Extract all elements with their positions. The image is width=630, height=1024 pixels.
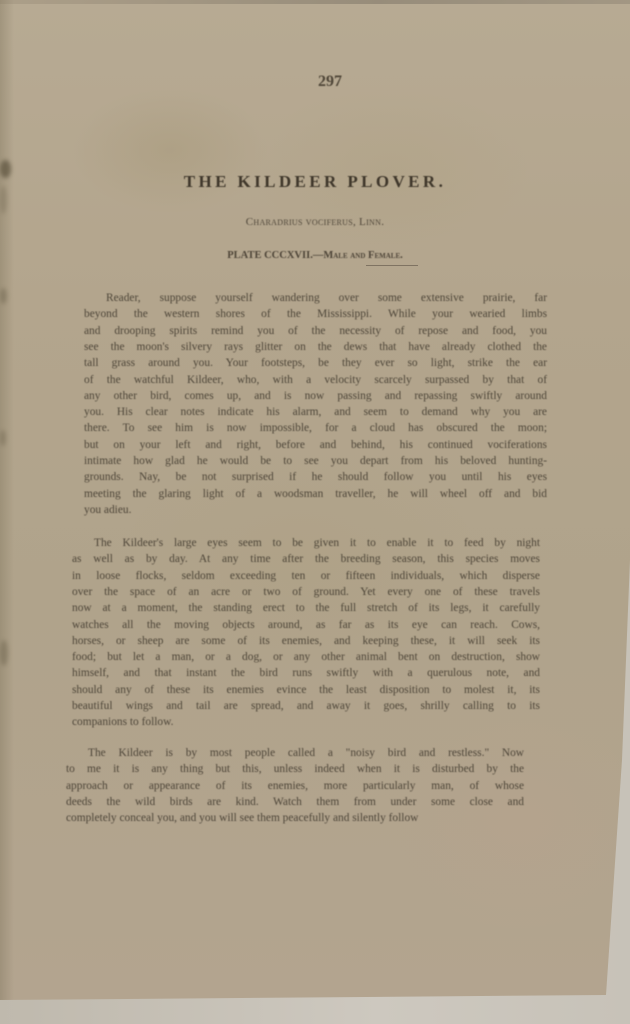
page-number: 297 bbox=[0, 73, 630, 91]
body-line: watches all the moving objects around, a… bbox=[72, 617, 540, 633]
body-line: should any of these its enemies evince t… bbox=[72, 682, 540, 698]
plate-caption: PLATE CCCXVII.—Male and Female. bbox=[0, 250, 630, 261]
body-line: meeting the glaring light of a woodsman … bbox=[84, 486, 547, 502]
body-line: food; but let a man, or a dog, or any ot… bbox=[72, 649, 540, 665]
body-line: The Kildeer is by most people called a "… bbox=[88, 745, 524, 761]
body-line: grounds. Nay, be not surprised if he sho… bbox=[84, 469, 547, 485]
page-top-edge bbox=[0, 0, 630, 4]
body-line: you adieu. bbox=[84, 502, 547, 518]
body-line: approach or appearance of its enemies, m… bbox=[66, 778, 524, 794]
body-line: but on your left and right, before and b… bbox=[84, 437, 547, 453]
body-line: there. To see him is now impossible, for… bbox=[84, 420, 547, 436]
plate-caption-underline bbox=[366, 265, 418, 266]
body-line: completely conceal you, and you will see… bbox=[66, 810, 524, 826]
body-line: beyond the western shores of the Mississ… bbox=[84, 306, 547, 322]
body-line: any other bird, comes up, and is now pas… bbox=[84, 388, 547, 404]
body-line: deeds the wild birds are kind. Watch the… bbox=[66, 794, 524, 810]
body-line: himself, and that instant the bird runs … bbox=[72, 665, 540, 681]
body-line: over the space of an acre or two of grou… bbox=[72, 584, 540, 600]
chapter-title: THE KILDEER PLOVER. bbox=[0, 172, 630, 192]
body-line: to me it is any thing but this, unless i… bbox=[66, 761, 524, 777]
binding-hole-mark bbox=[0, 430, 6, 446]
body-line: horses, or sheep are some of its enemies… bbox=[72, 633, 540, 649]
body-line: of the watchful Kildeer, who, with a vel… bbox=[84, 372, 547, 388]
species-name: Charadrius vociferus, Linn. bbox=[0, 216, 630, 228]
body-line: you. His clear notes indicate his alarm,… bbox=[84, 404, 547, 420]
body-line: see the moon's silvery rays glitter on t… bbox=[84, 339, 547, 355]
binding-hole-mark bbox=[0, 640, 8, 666]
photo-scene: 297 THE KILDEER PLOVER. Charadrius vocif… bbox=[0, 0, 630, 1024]
body-line: intimate how glad he would be to see you… bbox=[84, 453, 547, 469]
body-line: and drooping spirits remind you of the n… bbox=[84, 323, 547, 339]
book-page: 297 THE KILDEER PLOVER. Charadrius vocif… bbox=[0, 0, 630, 1000]
body-line: now at a moment, the standing erect to t… bbox=[72, 600, 540, 616]
body-line: Reader, suppose yourself wandering over … bbox=[106, 290, 547, 306]
body-line: The Kildeer's large eyes seem to be give… bbox=[94, 535, 540, 551]
body-line: as well as by day. At any time after the… bbox=[72, 551, 540, 567]
body-line: beautiful wings and tail are spread, and… bbox=[72, 698, 540, 714]
body-line: in loose flocks, seldom exceeding ten or… bbox=[72, 568, 540, 584]
page-left-edge-shadow bbox=[0, 0, 14, 1000]
body-line: tall grass around you. Your footsteps, b… bbox=[84, 355, 547, 371]
binding-hole-mark bbox=[0, 288, 7, 304]
body-line: companions to follow. bbox=[72, 714, 540, 730]
